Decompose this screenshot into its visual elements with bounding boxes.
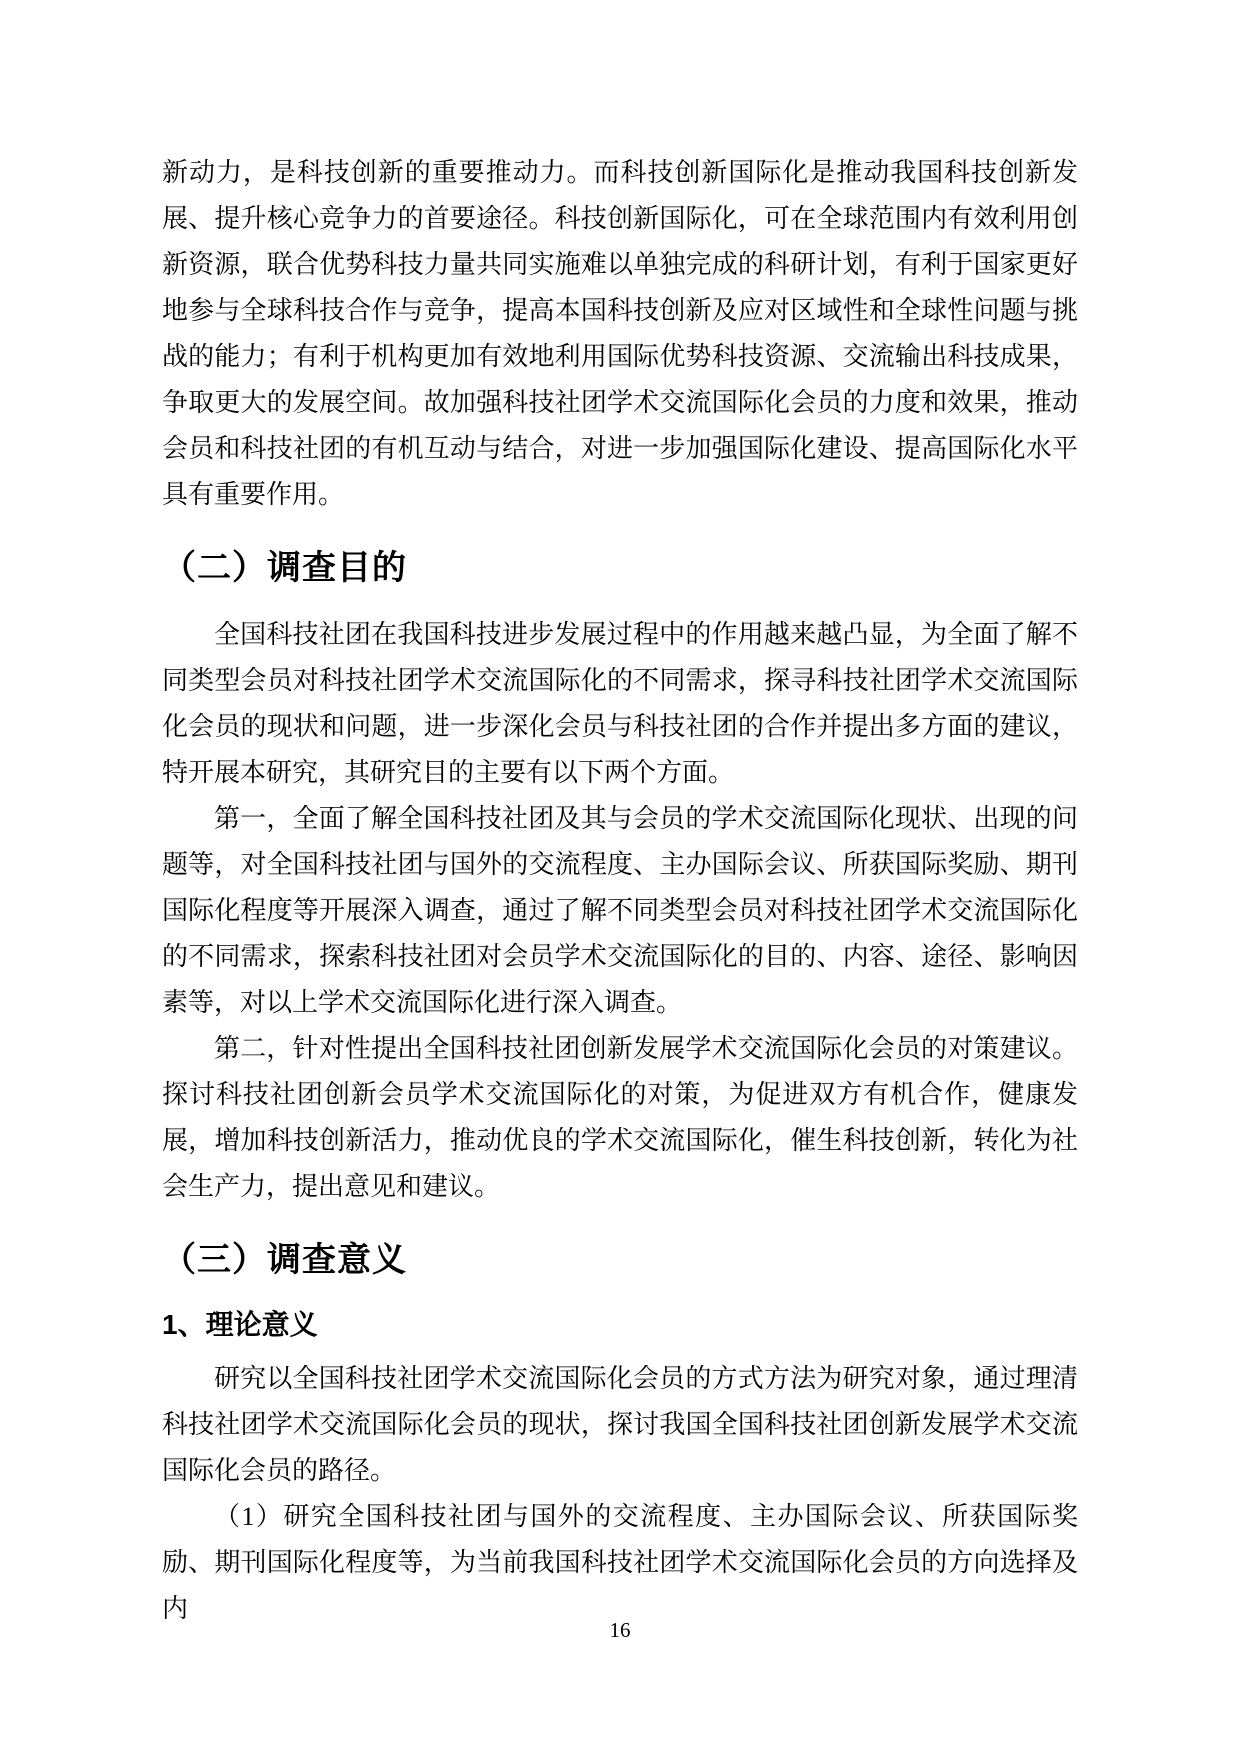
- section-heading-survey-significance: （三）调查意义: [162, 1234, 1078, 1286]
- section-heading-survey-purpose: （二）调查目的: [162, 542, 1078, 594]
- document-page: 新动力，是科技创新的重要推动力。而科技创新国际化是推动我国科技创新发展、提升核心…: [0, 0, 1240, 1753]
- paragraph: （1）研究全国科技社团与国外的交流程度、主办国际会议、所获国际奖励、期刊国际化程…: [162, 1494, 1078, 1632]
- paragraph: 第一，全面了解全国科技社团及其与会员的学术交流国际化现状、出现的问题等，对全国科…: [162, 796, 1078, 1026]
- paragraph-continuation: 新动力，是科技创新的重要推动力。而科技创新国际化是推动我国科技创新发展、提升核心…: [162, 150, 1078, 518]
- subsection-heading-theoretical-significance: 1、理论意义: [162, 1304, 1078, 1346]
- paragraph: 全国科技社团在我国科技进步发展过程中的作用越来越凸显，为全面了解不同类型会员对科…: [162, 612, 1078, 796]
- paragraph: 研究以全国科技社团学术交流国际化会员的方式方法为研究对象，通过理清科技社团学术交…: [162, 1356, 1078, 1494]
- paragraph: 第二，针对性提出全国科技社团创新发展学术交流国际化会员的对策建议。探讨科技社团创…: [162, 1026, 1078, 1210]
- page-number: 16: [0, 1615, 1240, 1645]
